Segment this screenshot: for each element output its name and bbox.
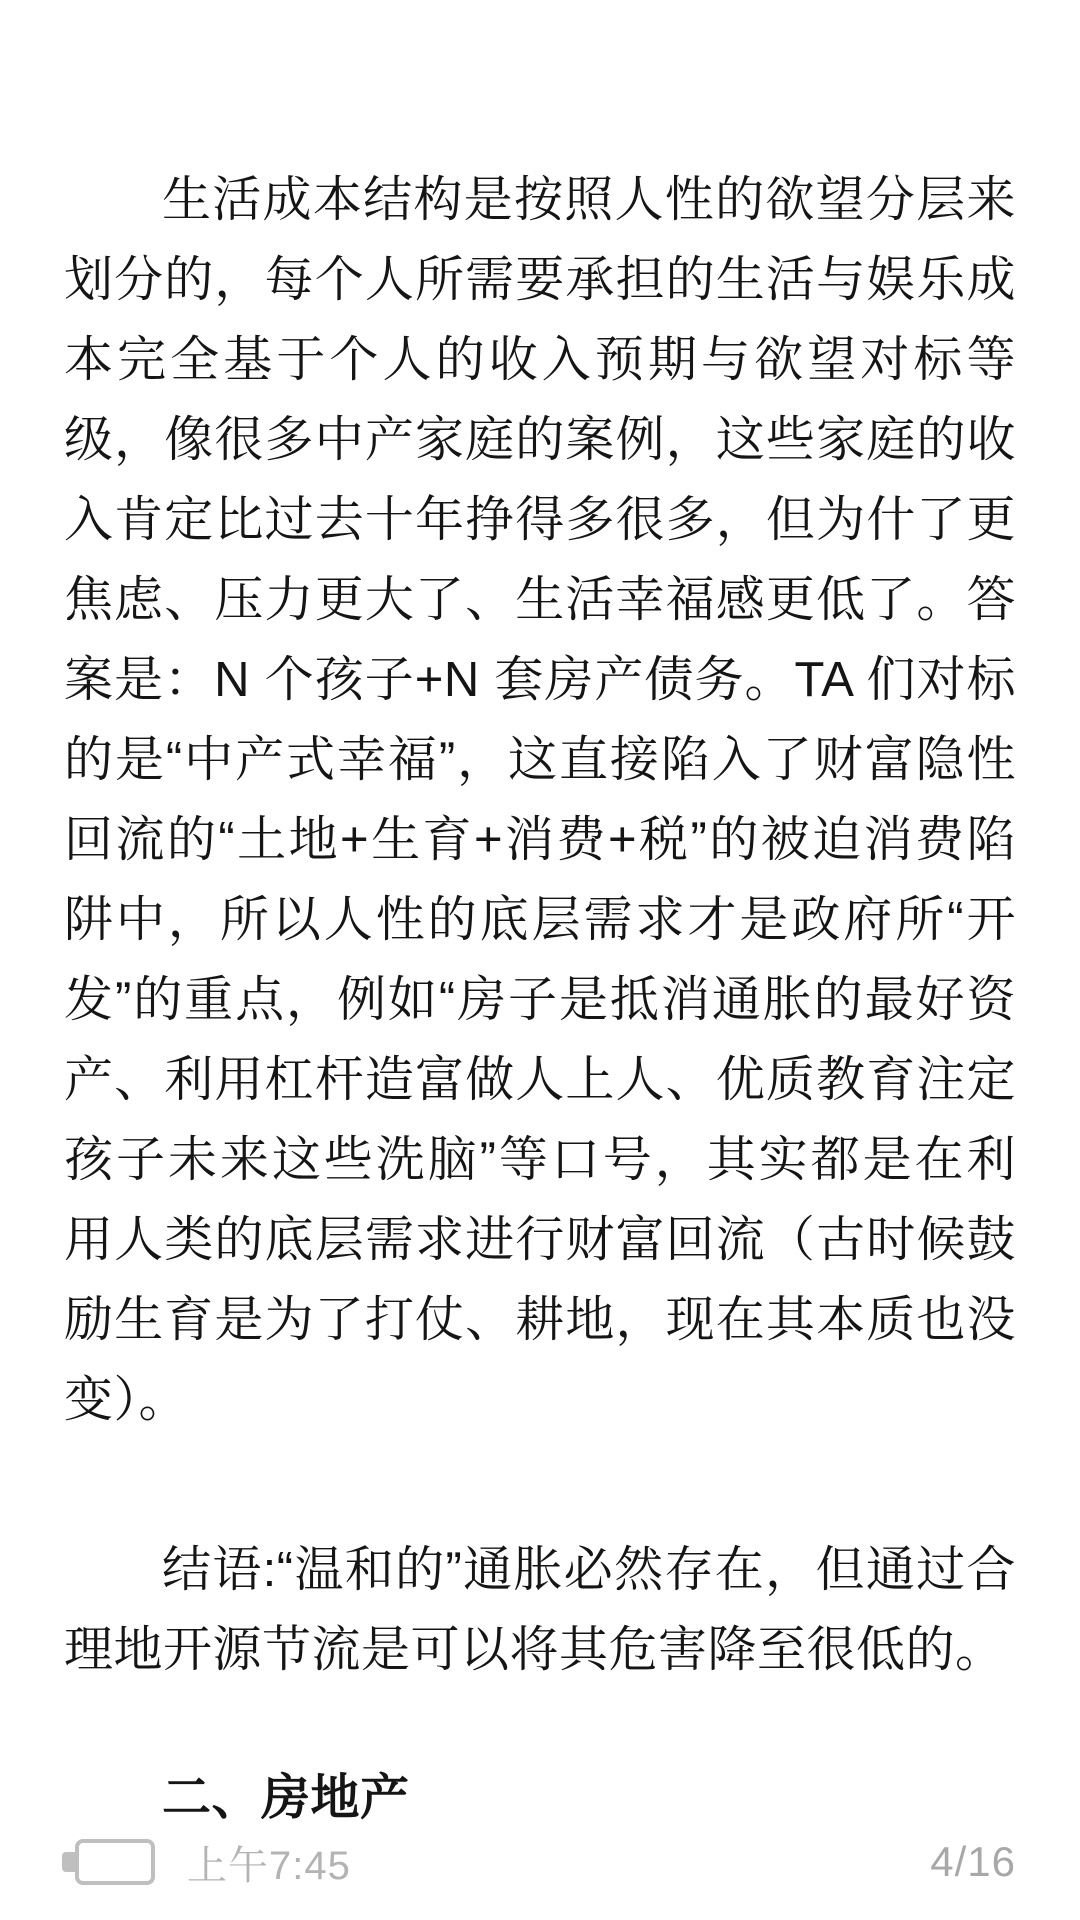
page-text-area: 生活成本结构是按照人性的欲望分层来划分的，每个人所需要承担的生活与娱乐成本完全基…	[64, 160, 1016, 1838]
section-heading: 二、房地产	[64, 1758, 1016, 1838]
status-time: 上午7:45	[187, 1834, 351, 1891]
ebook-reader-page[interactable]: 生活成本结构是按照人性的欲望分层来划分的，每个人所需要承担的生活与娱乐成本完全基…	[0, 0, 1080, 1920]
body-paragraph-2: 结语:“温和的”通胀必然存在，但通过合理地开源节流是可以将其危害降至很低的。	[64, 1530, 1016, 1690]
page-indicator: 4/16	[930, 1838, 1016, 1886]
status-left-group: 上午7:45	[62, 1834, 351, 1891]
body-paragraph-1: 生活成本结构是按照人性的欲望分层来划分的，每个人所需要承担的生活与娱乐成本完全基…	[64, 160, 1016, 1440]
battery-empty-icon	[75, 1839, 155, 1885]
reader-status-bar: 上午7:45 4/16	[62, 1832, 1016, 1892]
